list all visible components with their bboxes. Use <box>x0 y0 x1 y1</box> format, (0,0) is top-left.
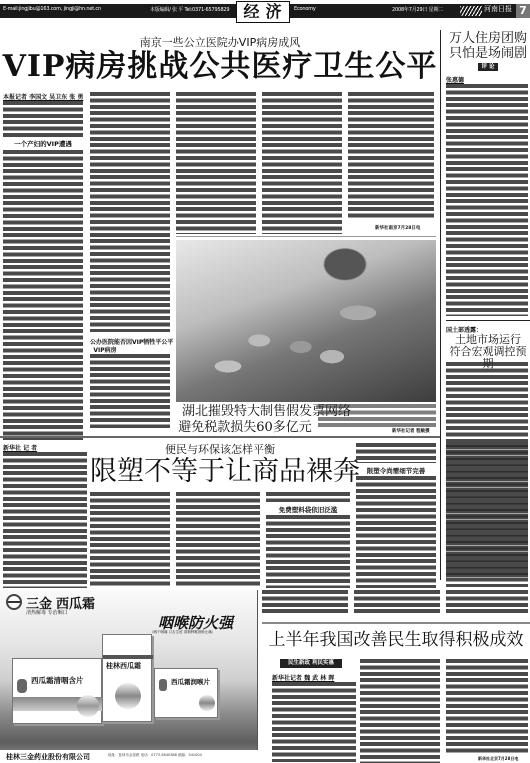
ad-company: 桂林三金药业股份有限公司 <box>6 752 90 762</box>
section-title: 经济 <box>236 1 290 23</box>
photo-headline-line2: 避免税款损失60多亿元 <box>176 420 314 436</box>
plastic-tail-col2 <box>354 590 440 614</box>
header-section-en: Economy <box>294 6 316 12</box>
ad-footer-small: 地址：桂林市金星路 电话：0773-5840388 邮编：541004 <box>108 753 202 758</box>
sidebar-top-body <box>446 84 528 316</box>
brand-logo-icon <box>6 594 22 610</box>
sidebar-continued-body <box>446 443 528 587</box>
plastic-headline: 限塑不等于让商品裸奔 <box>90 456 350 488</box>
livelihood-body-col3 <box>446 659 528 755</box>
photo-top-rule <box>176 236 436 237</box>
plastic-subhead-1: 免费塑料袋依旧泛滥 <box>266 505 350 514</box>
plastic-body-col2 <box>90 492 170 588</box>
lead-body-col1b <box>3 150 83 440</box>
sidebar-divider <box>440 30 441 580</box>
plastic-body-col5b <box>356 476 436 588</box>
lozenge-icon <box>77 695 99 717</box>
plastic-body-col3 <box>176 492 260 588</box>
lead-body-col1a <box>3 101 83 137</box>
lead-byline: 本报记者 李国文 吴卫东 张 勇 <box>3 92 83 101</box>
lead-dateline: 新华社南京7月28日电 <box>375 225 420 231</box>
product-box-right: 西瓜霜润喉片 <box>154 668 218 718</box>
sidebar-byline: 张惠德 <box>446 75 464 84</box>
photo-caption <box>318 404 436 428</box>
commentary-tag: 评 论 <box>478 63 498 71</box>
product-name-left: 西瓜霜清咽含片 <box>31 675 84 686</box>
hatch-decoration <box>460 6 482 16</box>
plastic-body-col4a <box>266 492 350 502</box>
livelihood-top-rule <box>262 622 530 624</box>
lead-subhead-2b: VIP病房 <box>90 345 120 354</box>
page-number: 7 <box>516 4 530 18</box>
lead-body-col4 <box>262 92 342 234</box>
plastic-body-col1 <box>3 452 87 588</box>
plastic-subhead-2: 限塑令尚需细节完善 <box>356 466 436 475</box>
sidebar-headline-line1: 万人住房团购 <box>446 31 530 46</box>
plastic-tail-col1 <box>262 590 348 614</box>
livelihood-tag: 民生新政 利民实惠 <box>280 659 342 668</box>
product-name-right: 西瓜霜润喉片 <box>171 677 210 686</box>
plastic-tail-col3 <box>446 590 528 614</box>
lead-body-col2b <box>90 354 170 428</box>
news-photo-counterfeit-invoices <box>176 240 436 402</box>
sidebar-headline-line2: 只怕是场闹剧 <box>446 46 530 61</box>
plastic-kicker: 便民与环保该怎样平衡 <box>90 441 350 457</box>
lead-body-col3 <box>176 92 256 234</box>
livelihood-dateline: 新华社北京7月28日电 <box>478 756 518 762</box>
advertisement-sanjin[interactable]: 三金 西瓜霜 清热解毒 专治咽口 咽喉防火强 （咽干咽痛 口舌生疮 清咽利喉消肿… <box>0 590 258 763</box>
ad-tagline-sub: （咽干咽痛 口舌生疮 清咽利喉消肿止痛） <box>150 630 215 635</box>
plastic-byline: 新华社 记 者 <box>3 443 37 452</box>
livelihood-headline: 上半年我国改善民生取得积极成效 <box>262 630 530 650</box>
product-box-center: 桂林西瓜霜 <box>102 634 152 722</box>
photo-credit: 新华社记者 程敏摄 <box>392 428 430 434</box>
sidebar-mid-rule <box>446 320 530 321</box>
product-box-left: 西瓜霜清咽含片 <box>12 658 102 724</box>
livelihood-body-col2 <box>360 659 440 763</box>
portrait-icon <box>17 679 27 693</box>
masthead-logo: 河南日报 <box>484 4 512 14</box>
header-date: 2008年7月29日 星期二 <box>392 6 443 13</box>
product-name-center: 桂林西瓜霜 <box>106 661 141 671</box>
header-email: E-mail:jingjibu@163.com, jingji@hn.net.c… <box>3 6 101 12</box>
photo-headline-line1: 湖北摧毁特大制售假发票网络 <box>176 404 314 420</box>
spray-icon <box>115 683 141 709</box>
section-divider <box>0 436 440 438</box>
plastic-body-col5a <box>356 443 436 463</box>
plastic-body-col4b <box>266 515 350 588</box>
header-editor: 本版编辑/ 张 平 Tel:0371-65795829 <box>150 6 229 13</box>
livelihood-byline: 新华社记者 魏 武 林 晖 <box>272 673 334 682</box>
lead-subhead-1: 一个产妇的VIP遭遇 <box>3 139 83 148</box>
lead-headline: VIP病房挑战公共医疗卫生公平 <box>0 49 440 85</box>
livelihood-body-col1 <box>272 682 356 762</box>
ad-slogan-small: 清热解毒 专治咽口 <box>26 609 68 616</box>
lead-body-col2a <box>90 92 170 332</box>
lead-kicker: 南京一些公立医院办VIP病房成风 <box>0 34 440 50</box>
lead-body-col5 <box>348 92 434 220</box>
